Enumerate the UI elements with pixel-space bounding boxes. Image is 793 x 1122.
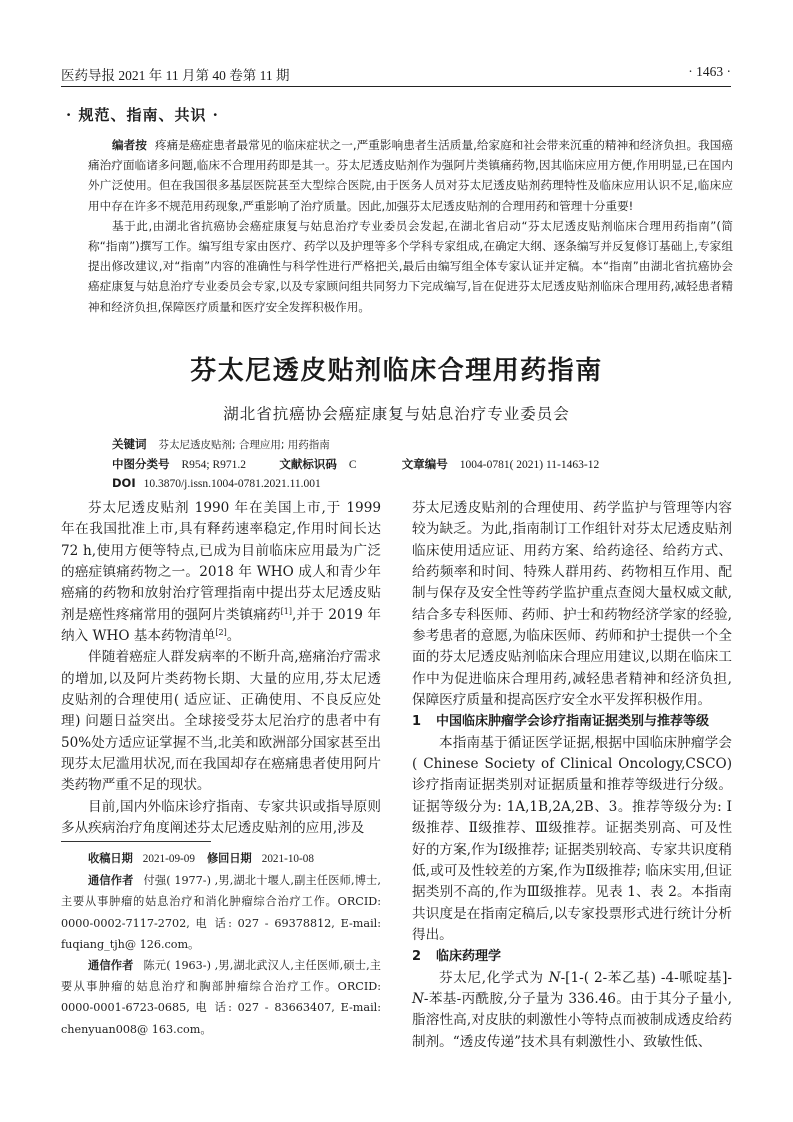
editor-note-para-1: 编者按疼痛是癌症患者最常见的临床症状之一,严重影响患者生活质量,给家庭和社会带来… xyxy=(88,135,733,216)
doi-value[interactable]: 10.3870/j.issn.1004-0781.2021.11.001 xyxy=(144,478,321,490)
page-number: · 1463 · xyxy=(688,64,731,80)
doc-code-value: C xyxy=(349,459,399,471)
article-no-label: 文章编号 xyxy=(402,457,448,471)
body-paragraph: 芬太尼透皮贴剂的合理使用、药学监护与管理等内容较为缺乏。为此,指南制订工作组针对… xyxy=(412,498,732,711)
clc-label: 中图分类号 xyxy=(112,457,170,471)
body-paragraph: 芬太尼,化学式为 N-[1-( 2-苯乙基) -4-哌啶基]-N-苯基-丙酰胺,… xyxy=(412,968,732,1053)
received-dates: 收稿日期2021-09-09修回日期2021-10-08 xyxy=(61,848,381,870)
section-heading-1: 1中国临床肿瘤学会诊疗指南证据类别与推荐等级 xyxy=(412,711,732,732)
doi-line: DOI10.3870/j.issn.1004-0781.2021.11.001 xyxy=(112,476,321,490)
footnote-rule xyxy=(61,841,211,842)
corresponding-author-1: 通信作者付强( 1977-) ,男,湖北十堰人,副主任医师,博士,主要从事肿瘤的… xyxy=(61,870,381,955)
editor-note-lead: 编者按 xyxy=(112,138,147,152)
body-paragraph: 本指南基于循证医学证据,根据中国临床肿瘤学会( Chinese Society … xyxy=(412,733,732,946)
doc-code-label: 文献标识码 xyxy=(279,457,337,471)
body-paragraph: 目前,国内外临床诊疗指南、专家共识或指导原则多从疾病治疗角度阐述芬太尼透皮贴剂的… xyxy=(61,797,381,840)
footnotes: 收稿日期2021-09-09修回日期2021-10-08 通信作者付强( 197… xyxy=(61,848,381,1040)
article-no-value: 1004-0781( 2021) 11-1463-12 xyxy=(460,459,599,471)
body-paragraph: 伴随着癌症人群发病率的不断升高,癌痛治疗需求的增加,以及阿片类药物长期、大量的应… xyxy=(61,647,381,796)
doi-label: DOI xyxy=(112,476,136,490)
keywords-label: 关键词 xyxy=(112,437,147,451)
editor-note-para-2: 基于此,由湖北省抗癌协会癌症康复与姑息治疗专业委员会发起,在湖北省启动“芬太尼透… xyxy=(88,216,733,317)
article-authors: 湖北省抗癌协会癌症康复与姑息治疗专业委员会 xyxy=(0,402,793,424)
editor-note: 编者按疼痛是癌症患者最常见的临床症状之一,严重影响患者生活质量,给家庭和社会带来… xyxy=(88,135,733,317)
body-paragraph: 芬太尼透皮贴剂 1990 年在美国上市,于 1999 年在我国批准上市,具有释药… xyxy=(61,498,381,647)
corresponding-author-2: 通信作者陈元( 1963-) ,男,湖北武汉人,主任医师,硕士,主要从事肿瘤的姑… xyxy=(61,955,381,1040)
body-left-column: 芬太尼透皮贴剂 1990 年在美国上市,于 1999 年在我国批准上市,具有释药… xyxy=(61,498,381,840)
journal-header: 医药导报 2021 年 11 月第 40 卷第 11 期 xyxy=(61,64,290,84)
citation-2[interactable]: [2] xyxy=(215,628,226,637)
section-heading-2: 2临床药理学 xyxy=(412,946,732,967)
classification-line: 中图分类号R954; R971.2 文献标识码C 文章编号1004-0781( … xyxy=(112,456,599,472)
header-rule xyxy=(61,86,731,87)
keywords-line: 关键词芬太尼透皮贴剂; 合理应用; 用药指南 xyxy=(112,436,330,452)
citation-1[interactable]: [1] xyxy=(281,607,292,616)
keywords: 芬太尼透皮贴剂; 合理应用; 用药指南 xyxy=(159,439,330,451)
body-right-column: 芬太尼透皮贴剂的合理使用、药学监护与管理等内容较为缺乏。为此,指南制订工作组针对… xyxy=(412,498,732,1053)
column-tag: · 规范、指南、共识 · xyxy=(66,104,219,125)
article-title: 芬太尼透皮贴剂临床合理用药指南 xyxy=(0,350,793,387)
clc-value: R954; R971.2 xyxy=(182,459,277,471)
